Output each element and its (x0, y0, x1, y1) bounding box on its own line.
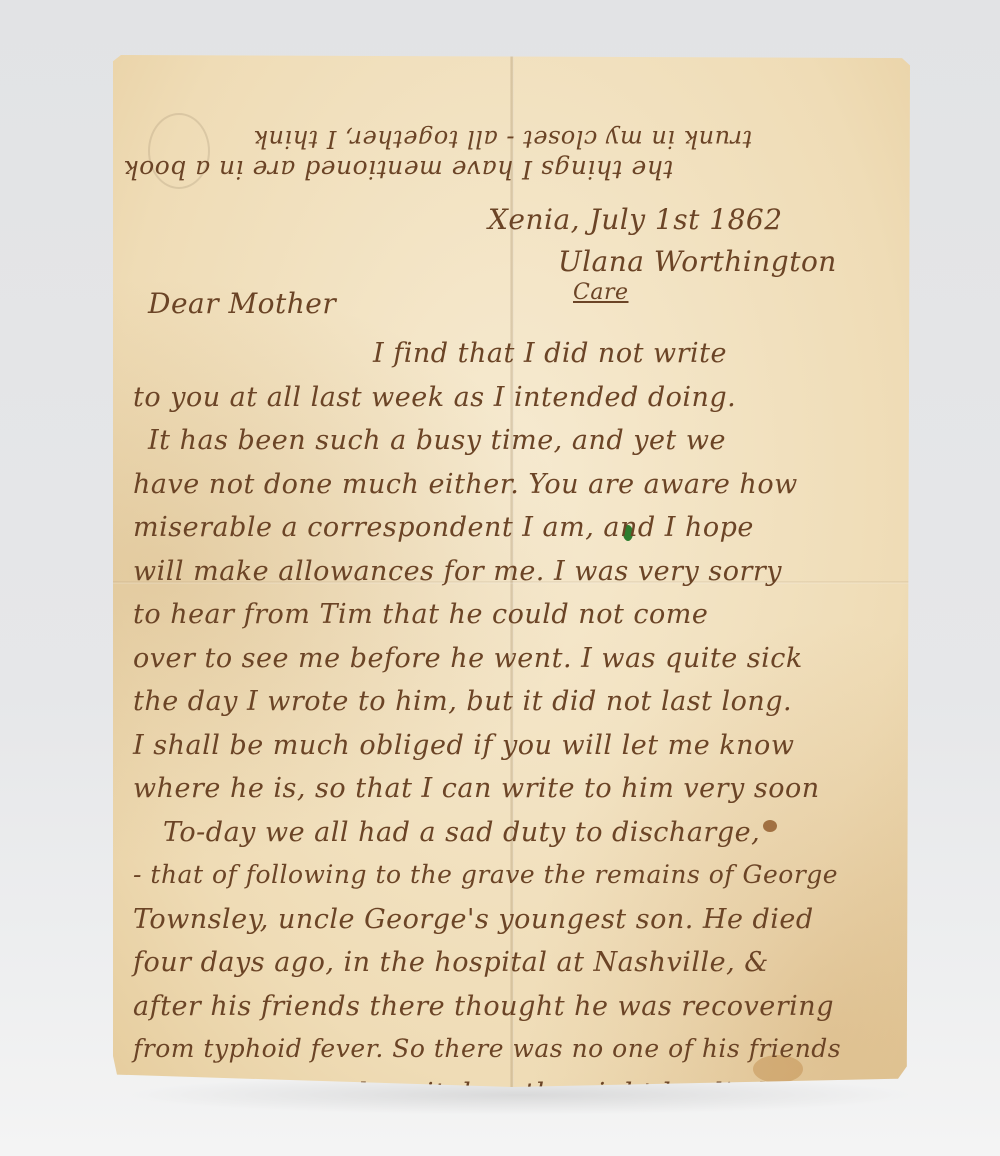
body-line: the day I wrote to him, but it did not l… (133, 686, 792, 717)
body-line: will make allowances for me. I was very … (133, 556, 782, 587)
body-line: four days ago, in the hospital at Nashvi… (133, 947, 769, 978)
salutation: Dear Mother (148, 287, 336, 320)
body-line: after his friends there thought he was r… (133, 991, 834, 1022)
brown-stain (763, 820, 777, 832)
body-line: It has been such a busy time, and yet we (148, 425, 726, 456)
body-line: miserable a correspondent I am, and I ho… (133, 512, 754, 543)
body-line: where he is, so that I can write to him … (133, 773, 820, 804)
body-line: from typhoid fever. So there was no one … (133, 1034, 841, 1063)
body-line: to you at all last week as I intended do… (133, 382, 736, 413)
body-line: to hear from Tim that he could not come (133, 599, 708, 630)
recipient-abbrev: Care (573, 280, 629, 305)
body-line: have not done much either. You are aware… (133, 469, 798, 500)
letter-paper: trunk in my closet - all together, I thi… (113, 55, 910, 1087)
postscript-line-2: trunk in my closet - all together, I thi… (253, 125, 752, 153)
recipient-line: Ulana Worthington (558, 245, 837, 278)
body-line: over to see me before he went. I was qui… (133, 643, 803, 674)
body-line: I find that I did not write (373, 338, 727, 369)
postscript-line-1: the things I have mentioned are in a boo… (123, 155, 673, 184)
body-line: I shall be much obliged if you will let … (133, 730, 794, 761)
body-line: - that of following to the grave the rem… (133, 860, 838, 889)
body-line: To-day we all had a sad duty to discharg… (163, 817, 760, 848)
place-date: Xenia, July 1st 1862 (488, 203, 783, 236)
body-line: Townsley, uncle George's youngest son. H… (133, 904, 814, 935)
